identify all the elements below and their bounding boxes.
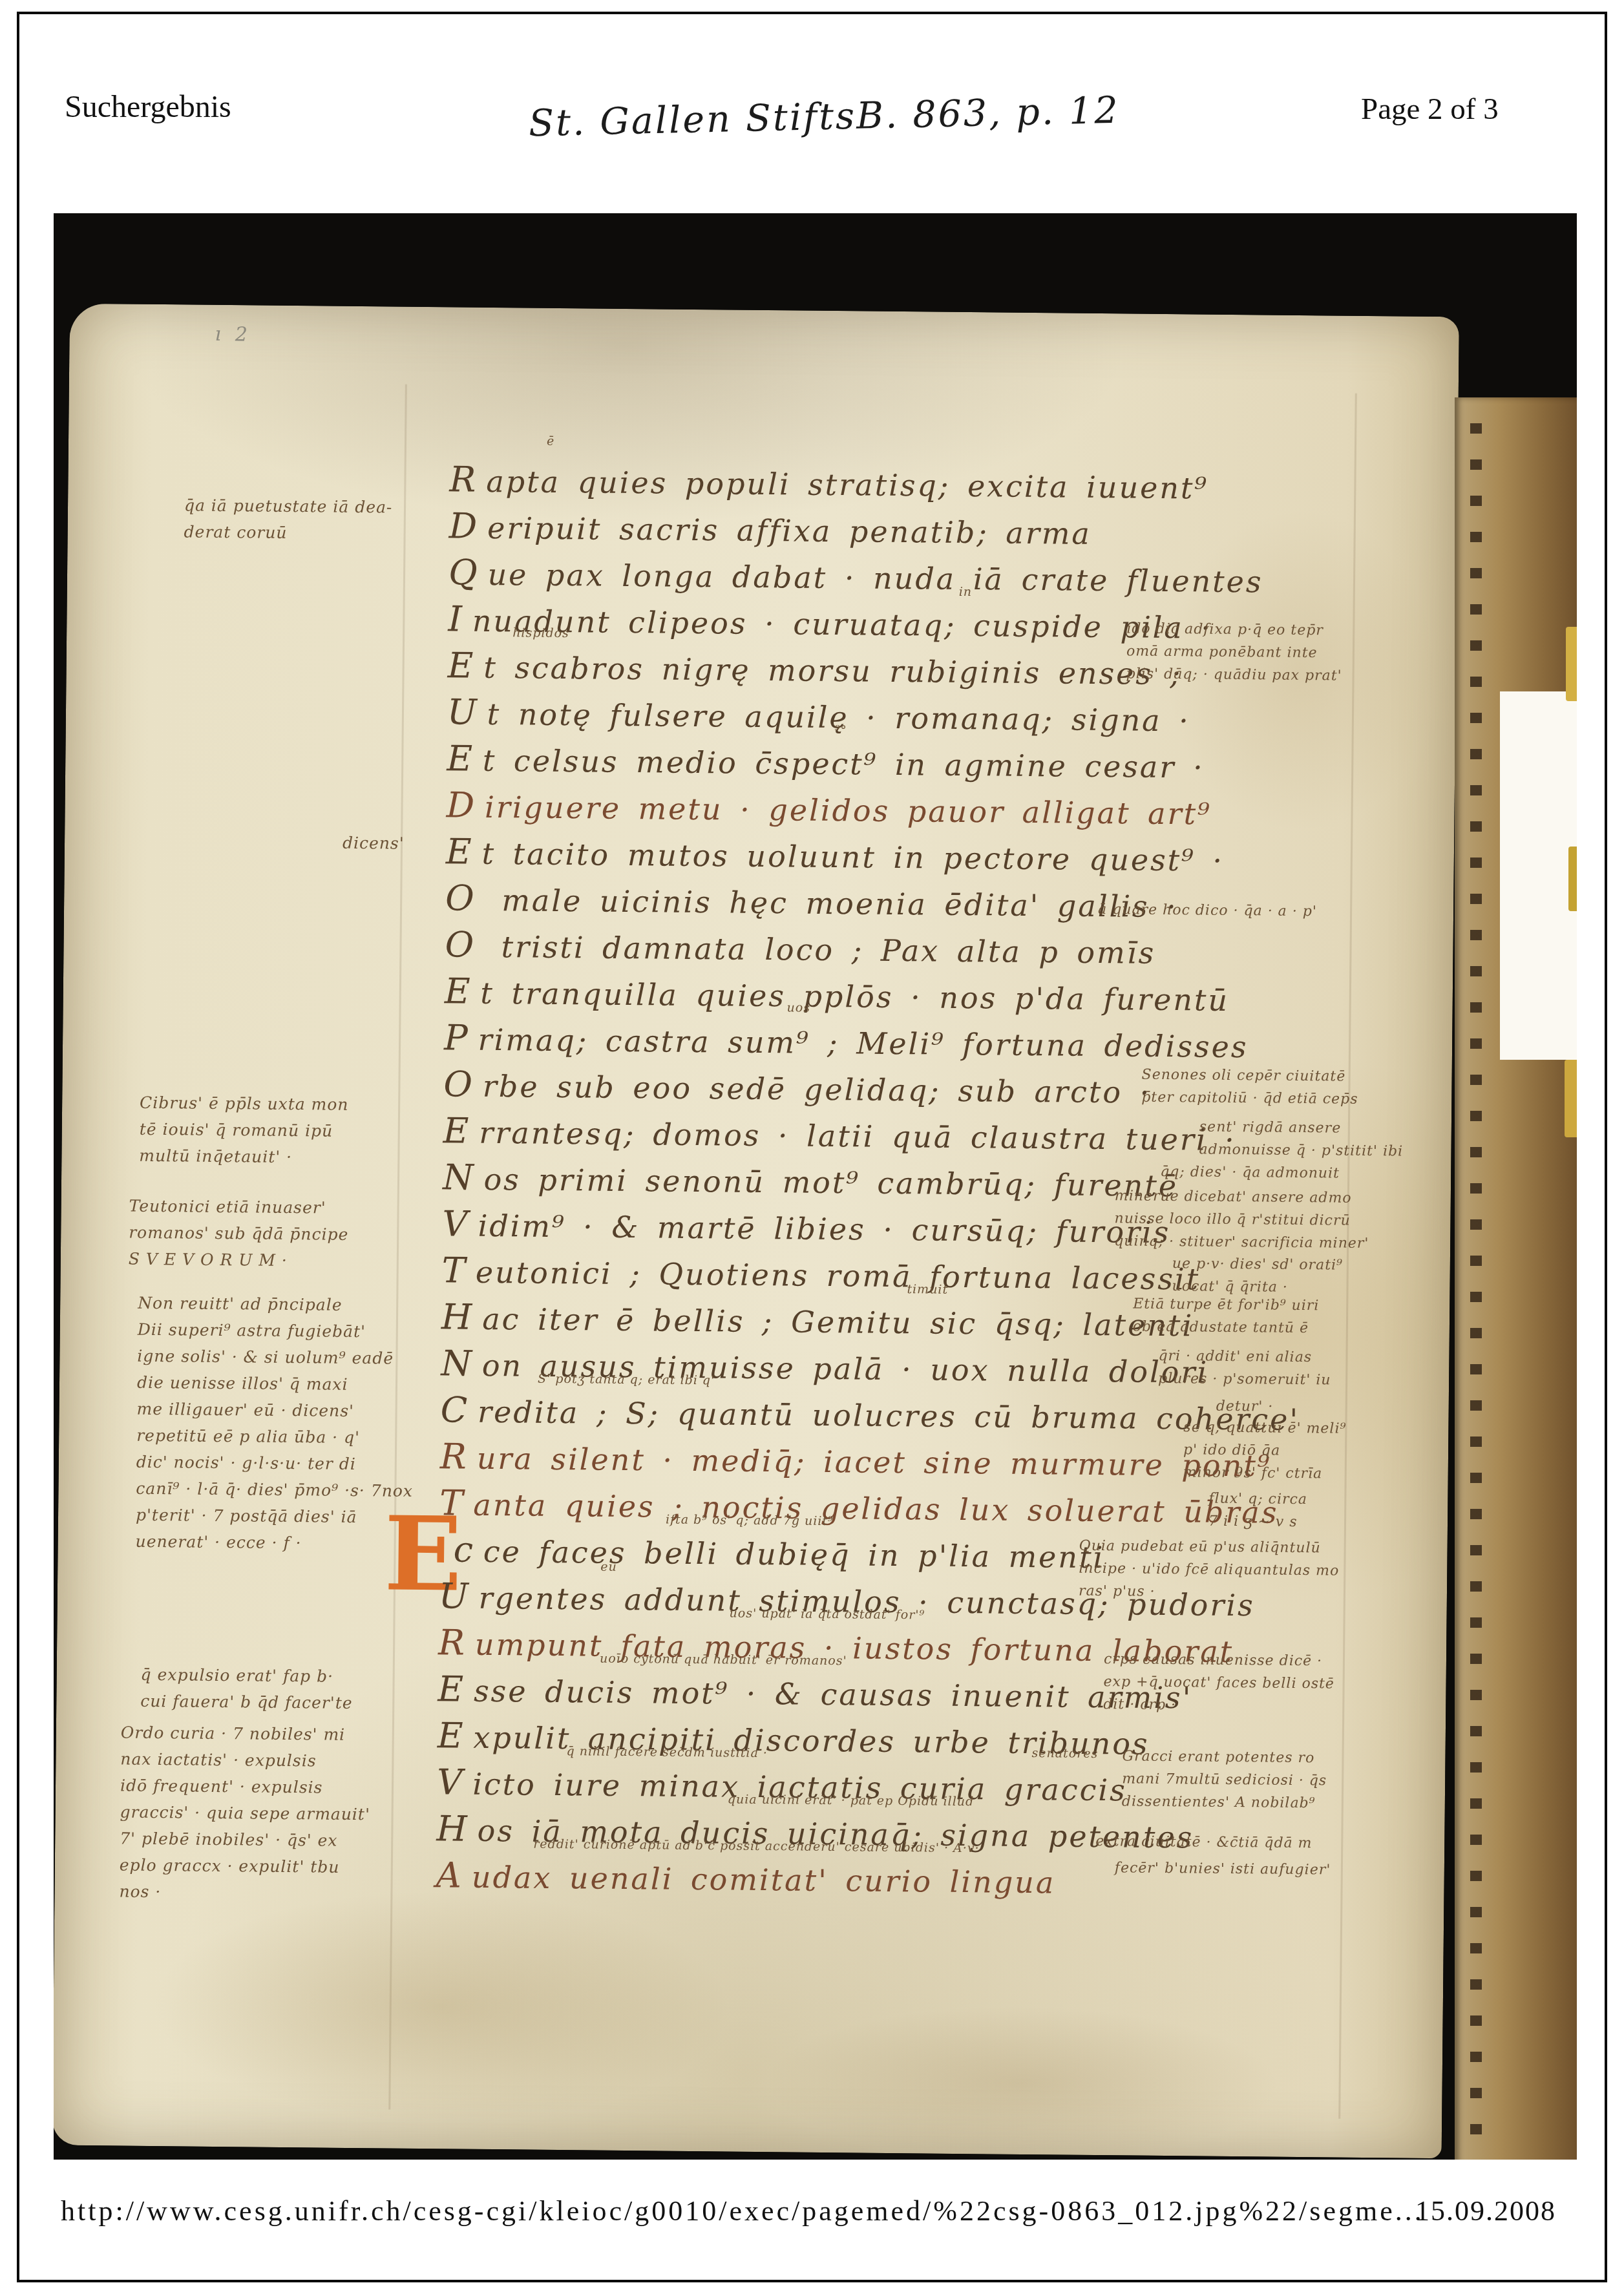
verse-line: Que pax longa dabat · nuda iā crate flue…: [448, 552, 1263, 600]
verse-line: Vidim⁹ · & martē libies · cursūq; furori…: [442, 1203, 1171, 1251]
verse-line: Et scabros nigrę morsu rubiginis enses ;: [447, 645, 1182, 693]
interlinear-gloss: ifta b⁹ os' q; add 7g uiit⁹: [666, 1513, 834, 1528]
interlinear-gloss: S' potʒ tanta q; erat ibi q': [538, 1372, 715, 1388]
verse-line: Errantesq; domos · latii quā claustra tu…: [443, 1110, 1236, 1159]
right-marginal-gloss: ue p·v· dies' sd' orati⁹ uocat' q̄ q̄rit…: [1172, 1252, 1343, 1300]
left-marginal-gloss: Teutonici etiā inuaser' romanos' sub q̄d…: [129, 1193, 349, 1274]
left-marginal-gloss: Cibrus' ē pp̄ls uxta mon tē iouis' q̄ ro…: [139, 1089, 348, 1171]
parchment-stain: [149, 1888, 733, 2126]
interlinear-gloss: in: [959, 585, 973, 599]
right-marginal-gloss: flux' q; circa 7 i i ʒ ~ v s: [1208, 1488, 1307, 1533]
left-marginal-gloss: q̄ expulsio erat' fap b· cui fauera' b q…: [140, 1661, 353, 1716]
verse-line: Credita ; S; quantū uolucres cū bruma co…: [440, 1389, 1300, 1438]
page-title: Suchergebnis: [65, 89, 231, 125]
interlinear-gloss: uoīo cytonū quā habuit' ēr romanos': [600, 1652, 847, 1668]
interlinear-gloss: uos' upat' ia q̄ta ostdat' for'⁹: [730, 1606, 925, 1623]
verse-line: Teutonici ; Quotiens romā fortuna lacess…: [441, 1250, 1200, 1298]
right-marginal-gloss: ā quare hoc dico · q̄a · a · p': [1098, 898, 1317, 923]
bookmark-tab: [1565, 1060, 1577, 1137]
bookmark-tab: [1568, 847, 1577, 911]
right-marginal-gloss: Etiā turpe ēt for'ib⁹ uiri ob eā adustat…: [1133, 1293, 1320, 1340]
left-marginal-gloss: Ordo curia · 7 nobiles' mi nax iactatis'…: [119, 1720, 371, 1908]
interlinear-gloss: ē: [547, 434, 554, 448]
right-marginal-gloss: minerue dicebat' ansere admo nuisse loco…: [1114, 1184, 1369, 1255]
interlinear-gloss: senatores: [1031, 1746, 1098, 1761]
interlinear-gloss: quia uicini erāt' · pat ep Opidū illud: [728, 1793, 975, 1809]
pencil-folio-mark: ı 2: [215, 323, 251, 346]
verse-line: Rura silent · mediq̄; iacet sine murmure…: [440, 1436, 1272, 1484]
verse-line: Et tranquilla quies pplōs · nos p'da fur…: [445, 971, 1230, 1019]
manuscript-scan-area: ı 2 Rapta quies populi stratisq; excita …: [54, 213, 1577, 2160]
verse-line: Tanta quies ; noctis gelidas lux soluera…: [439, 1482, 1279, 1531]
verse-line: Audax uenali comitat' curio lingua: [436, 1855, 1055, 1901]
parchment-stain: [763, 2003, 1281, 2160]
binding-stitches: [1470, 397, 1482, 2160]
verse-line: Orbe sub eoo sedē gelidaq; sub arcto ·: [443, 1064, 1151, 1111]
parchment-page: ı 2 Rapta quies populi stratisq; excita …: [54, 304, 1459, 2159]
verse-line: O tristi damnata loco ; Pax alta p omīs: [445, 924, 1155, 972]
ruling-line: [388, 384, 407, 2110]
right-marginal-gloss: q̄ri · addit' eni alias plures · p'somer…: [1158, 1345, 1331, 1392]
source-url: http://www.cesg.unifr.ch/cesg-cgi/kleioc…: [61, 2194, 1424, 2227]
right-marginal-gloss: fecēr' b'unies' isti aufugier': [1115, 1857, 1331, 1881]
verse-line: Ut notę fulsere aquilę · romanaq; signa …: [447, 691, 1190, 739]
right-marginal-gloss: Quia pudebat eū p'us aliq̄ntulū incipe ·…: [1079, 1535, 1340, 1605]
verse-line: Et celsus medio c̄spect⁹ in agmine cesar…: [447, 738, 1205, 786]
right-marginal-gloss: Senones oli cepēr ciuitatē p̄ter capitol…: [1141, 1064, 1358, 1111]
verse-line: Diriguere metu · gelidos pauor alligat a…: [446, 784, 1212, 832]
verse-line: O male uicinis hęc moenia ēdita' gallis …: [445, 878, 1178, 925]
book-fore-edge: [1455, 397, 1577, 2160]
scan-overexposed-edge: [1500, 691, 1577, 1060]
interlinear-gloss: q̄ nihil facere sec̄dm iustitia ·: [566, 1744, 768, 1760]
printed-search-result-page: { "header": { "title": "Suchergebnis", "…: [0, 0, 1624, 2294]
left-marginal-gloss: dicens': [343, 830, 405, 857]
interlinear-gloss: timuit: [907, 1282, 948, 1297]
verse-line: Hac iter ē bellis ; Gemitu sic q̄sq; lat…: [441, 1296, 1194, 1344]
right-marginal-gloss: detur' ·: [1216, 1395, 1274, 1418]
verse-line: Esse ducis mot⁹ · & causas inuenit armis…: [438, 1668, 1192, 1716]
right-marginal-gloss: extra ciuitatē · &c̄tiā q̄dā m: [1095, 1830, 1313, 1855]
interlinear-gloss: eū: [600, 1560, 617, 1574]
page-indicator: Page 2 of 3: [1361, 92, 1499, 127]
interlinear-gloss: ⁹°: [835, 723, 847, 737]
interlinear-gloss: hispidos: [512, 626, 569, 640]
verse-line: Deripuit sacris affixa penatib; arma: [448, 505, 1091, 552]
right-marginal-gloss: sent' rigdā ansere admonuisse q̄ · p'sti…: [1199, 1116, 1403, 1163]
verse-line: cce faces belli dubięq̄ in p'lia menti: [453, 1529, 1104, 1576]
right-marginal-gloss: ido dic̄ adfixa p·q̄ eo tep̄r omā arma p…: [1126, 617, 1342, 687]
left-marginal-gloss: q̄a iā puetustate iā dea- derat coruū: [184, 492, 392, 547]
right-marginal-gloss: Gracci erant potentes ro mani 7multū sed…: [1122, 1745, 1327, 1815]
verse-line: Primaq; castra sum⁹ ; Meli⁹ fortuna dedi…: [444, 1017, 1249, 1066]
print-date: 15.09.2008: [1415, 2194, 1556, 2227]
right-marginal-gloss: q̄q; dies' · q̄a admonuit: [1160, 1161, 1340, 1185]
interlinear-gloss: uos: [787, 1000, 811, 1015]
bookmark-tab: [1566, 627, 1577, 701]
verse-line: Nos primi senonū mot⁹ cambrūq; furentē: [443, 1157, 1179, 1205]
right-marginal-gloss: crps causas inuenisse dicē · exp +q̄ uoc…: [1103, 1648, 1334, 1718]
verse-line: Et tacito mutos uoluunt in pectore quest…: [446, 831, 1225, 879]
verse-line: Rapta quies populi stratisq; excita iuue…: [449, 459, 1208, 507]
left-marginal-gloss: Non reuitt' ad p̄ncipale Dii superi⁹ ast…: [135, 1290, 414, 1557]
right-marginal-gloss: se q; quattui ē' meli⁹ p' ido diō q̄a mi…: [1183, 1416, 1347, 1485]
